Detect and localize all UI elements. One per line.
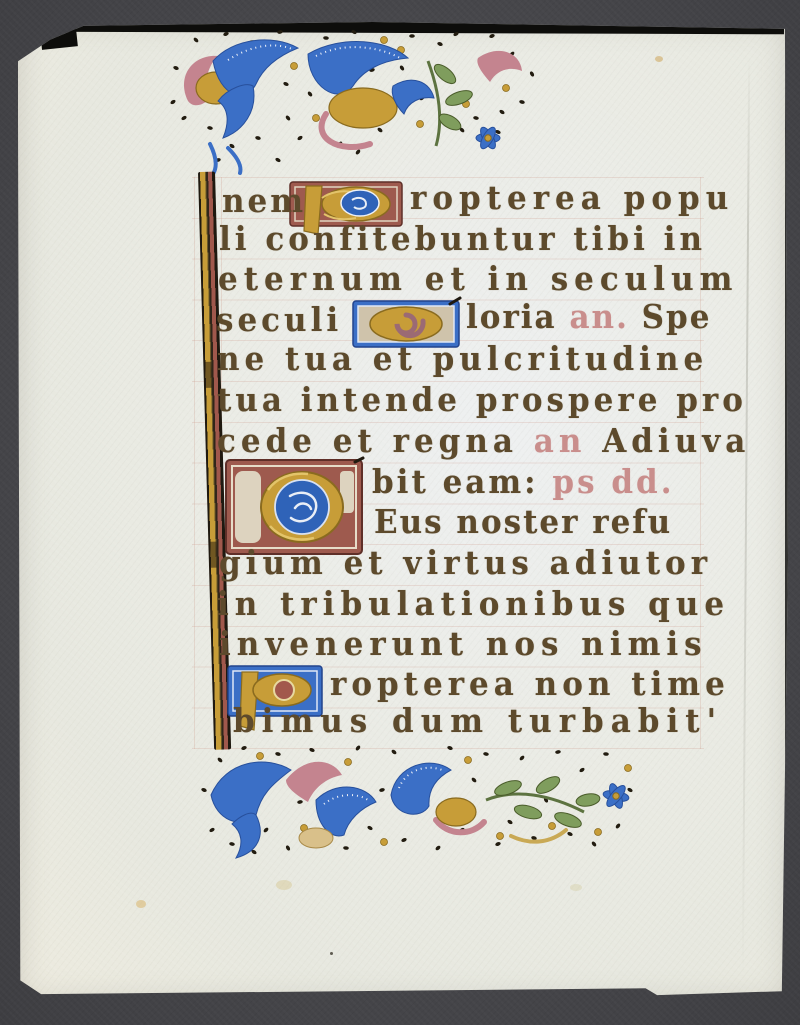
- text-segment: cede et regna: [217, 423, 534, 460]
- text-segment: Adiuva: [602, 423, 750, 460]
- text-line: seculi: [216, 305, 342, 337]
- blue-curl-down-left: [232, 813, 260, 858]
- text-line: in tribulationibus que: [217, 589, 730, 621]
- text-line: tua intende prospere pro: [217, 385, 747, 417]
- blue-flower: [602, 782, 629, 810]
- text-segment: nem: [222, 183, 306, 220]
- leaf-black-notch: [40, 28, 78, 50]
- ink-speck-stray: [330, 952, 333, 955]
- text-segment: li confitebuntur tibi in: [219, 221, 706, 258]
- bottom-floral-border: [196, 740, 642, 862]
- leaf-right-shadow-edge: [785, 30, 788, 986]
- text-segment: loria: [466, 299, 569, 336]
- gold-curl: [511, 830, 566, 842]
- foxing-spot: [276, 880, 292, 890]
- rubric-segment: an.: [569, 299, 628, 336]
- text-line: invenerunt nos nimis: [219, 629, 708, 661]
- text-segment: bimus dum turbabit': [233, 703, 723, 740]
- foxing-spot: [570, 884, 582, 891]
- text-segment: in tribulationibus que: [217, 586, 730, 623]
- text-segment: seculi: [216, 302, 342, 339]
- blue-curl-right: [392, 80, 434, 114]
- blue-flourish-to-bar: [210, 144, 241, 174]
- text-segment: Spe: [629, 299, 712, 336]
- text-line: li confitebuntur tibi in: [219, 224, 706, 256]
- text-segment: invenerunt nos nimis: [219, 626, 708, 663]
- gold-blob-under: [299, 828, 333, 848]
- top-floral-border: [158, 26, 550, 176]
- rubric-segment: an: [534, 423, 602, 460]
- text-line: ne tua et pulcritudine: [217, 344, 708, 376]
- text-line: Eus noster refu: [374, 507, 672, 539]
- gold-blob-center: [436, 798, 476, 826]
- rubric-segment: ps dd.: [552, 464, 674, 501]
- text-segment: gium et virtus adiutor: [219, 545, 712, 582]
- bar-knot: [205, 362, 212, 388]
- text-segment: ropterea popu: [410, 180, 734, 217]
- foxing-spot: [655, 56, 663, 62]
- text-line: bit eam: ps dd.: [372, 467, 675, 499]
- text-line: eternum et in seculum: [218, 264, 738, 296]
- bar-knot: [210, 542, 217, 568]
- text-segment: tua intende prospere pro: [217, 382, 747, 419]
- text-segment: bit eam:: [372, 464, 552, 501]
- blue-leaf-center-left: [316, 787, 376, 836]
- initial-d-deus: [224, 456, 366, 558]
- ruling-vertical-left: [194, 177, 195, 749]
- text-line: loria an. Spe: [466, 302, 711, 334]
- text-line: gium et virtus adiutor: [219, 548, 712, 580]
- text-line: ropterea non time: [330, 669, 730, 701]
- text-line: ropterea popu: [410, 183, 734, 215]
- pink-curl-right: [477, 51, 522, 82]
- text-segment: Eus noster refu: [374, 504, 672, 541]
- text-segment: ropterea non time: [330, 666, 730, 703]
- text-line: cede et regna an Adiuva: [217, 426, 750, 458]
- text-segment: eternum et in seculum: [218, 261, 738, 298]
- text-segment: ne tua et pulcritudine: [217, 341, 708, 378]
- text-line: nem: [222, 186, 306, 218]
- foxing-spot: [136, 900, 146, 908]
- photo-stage: nem ropterea popu li confitebuntur tibi …: [0, 0, 800, 1025]
- gold-blob-center: [329, 88, 397, 128]
- blue-flower: [476, 125, 500, 151]
- text-line: bimus dum turbabit': [233, 706, 723, 738]
